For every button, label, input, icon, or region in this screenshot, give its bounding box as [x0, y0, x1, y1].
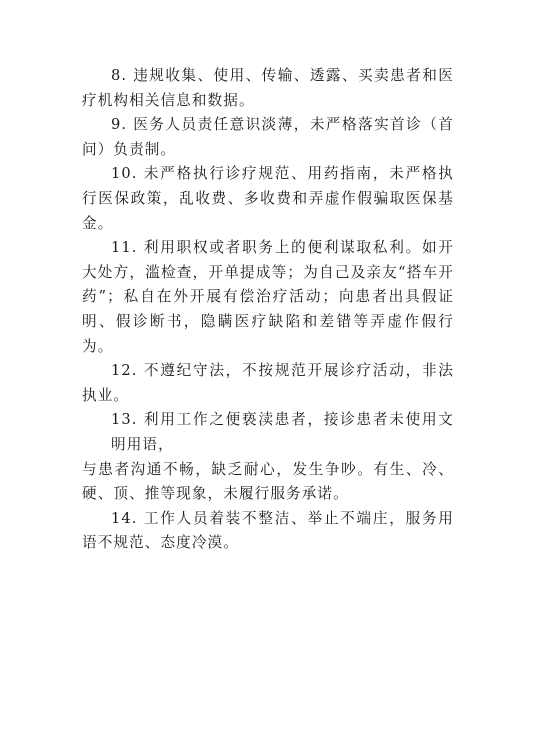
item-10: 10. 未严格执行诊疗规范、用药指南，未严格执行医保政策，乱收费、多收费和弄虚作… [82, 162, 454, 236]
item-12: 12. 不遵纪守法，不按规范开展诊疗活动，非法执业。 [82, 359, 454, 408]
item-11: 11. 利用职权或者职务上的便利谋取私利。如开大处方，滥检查，开单提成等；为自己… [82, 236, 454, 359]
item-14: 14. 工作人员着装不整洁、举止不端庄，服务用语不规范、态度冷漠。 [82, 507, 454, 556]
document-page: 8. 违规收集、使用、传输、透露、买卖患者和医疗机构相关信息和数据。 9. 医务… [82, 64, 454, 556]
item-13-continued: 与患者沟通不畅，缺乏耐心，发生争吵。有生、冷、硬、顶、推等现象，未履行服务承诺。 [82, 458, 454, 507]
item-9: 9. 医务人员责任意识淡薄，未严格落实首诊（首问）负责制。 [82, 113, 454, 162]
item-13: 13. 利用工作之便亵渎患者，接诊患者未使用文明用语， [82, 408, 454, 457]
item-8: 8. 违规收集、使用、传输、透露、买卖患者和医疗机构相关信息和数据。 [82, 64, 454, 113]
